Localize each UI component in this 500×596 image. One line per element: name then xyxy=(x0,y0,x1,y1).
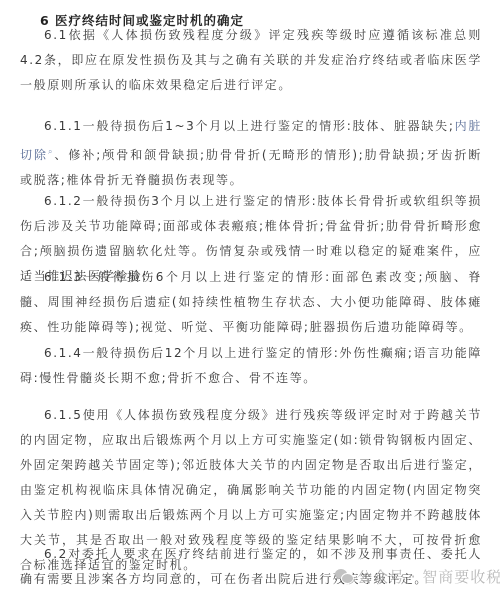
paragraph-text: 、修补;颅骨和颌骨缺损;肋骨骨折(无畸形的情形);肋骨缺损;牙齿折断或脱落;椎体… xyxy=(20,148,482,187)
paragraph-6-1-1: 6.1.1一般待损伤后1~3个月以上进行鉴定的情形:肢体、脏器缺失;内脏切除⌕、… xyxy=(20,114,482,193)
paragraph-text: 6.1.1一般待损伤后1~3个月以上进行鉴定的情形:肢体、脏器缺失; xyxy=(44,119,454,133)
watermark: 公众号 · 智商要收税 xyxy=(335,566,500,587)
paragraph-6-1-3: 6.1.3一般待损伤6个月以上进行鉴定的情形:面部色素改变;颅脑、脊髓、周围神经… xyxy=(20,265,482,340)
paragraph-6-1: 6.1依据《人体损伤致残程度分级》评定残疾等级时应遵循该标准总则4.2条，即应在… xyxy=(20,23,482,98)
watermark-text: 公众号 · 智商要收税 xyxy=(357,568,500,586)
paragraph-6-1-4: 6.1.4一般待损伤后12个月以上进行鉴定的情形:外伤性癫痫;语言功能障碍:慢性… xyxy=(20,341,482,391)
paragraph-text: 6.1依据《人体损伤致残程度分级》评定残疾等级时应遵循该标准总则4.2条，即应在… xyxy=(20,28,482,92)
wechat-icon xyxy=(335,569,353,583)
paragraph-text: 6.1.3一般待损伤6个月以上进行鉴定的情形:面部色素改变;颅脑、脊髓、周围神经… xyxy=(20,270,482,334)
paragraph-text: 6.1.4一般待损伤后12个月以上进行鉴定的情形:外伤性癫痫;语言功能障碍:慢性… xyxy=(20,346,482,385)
